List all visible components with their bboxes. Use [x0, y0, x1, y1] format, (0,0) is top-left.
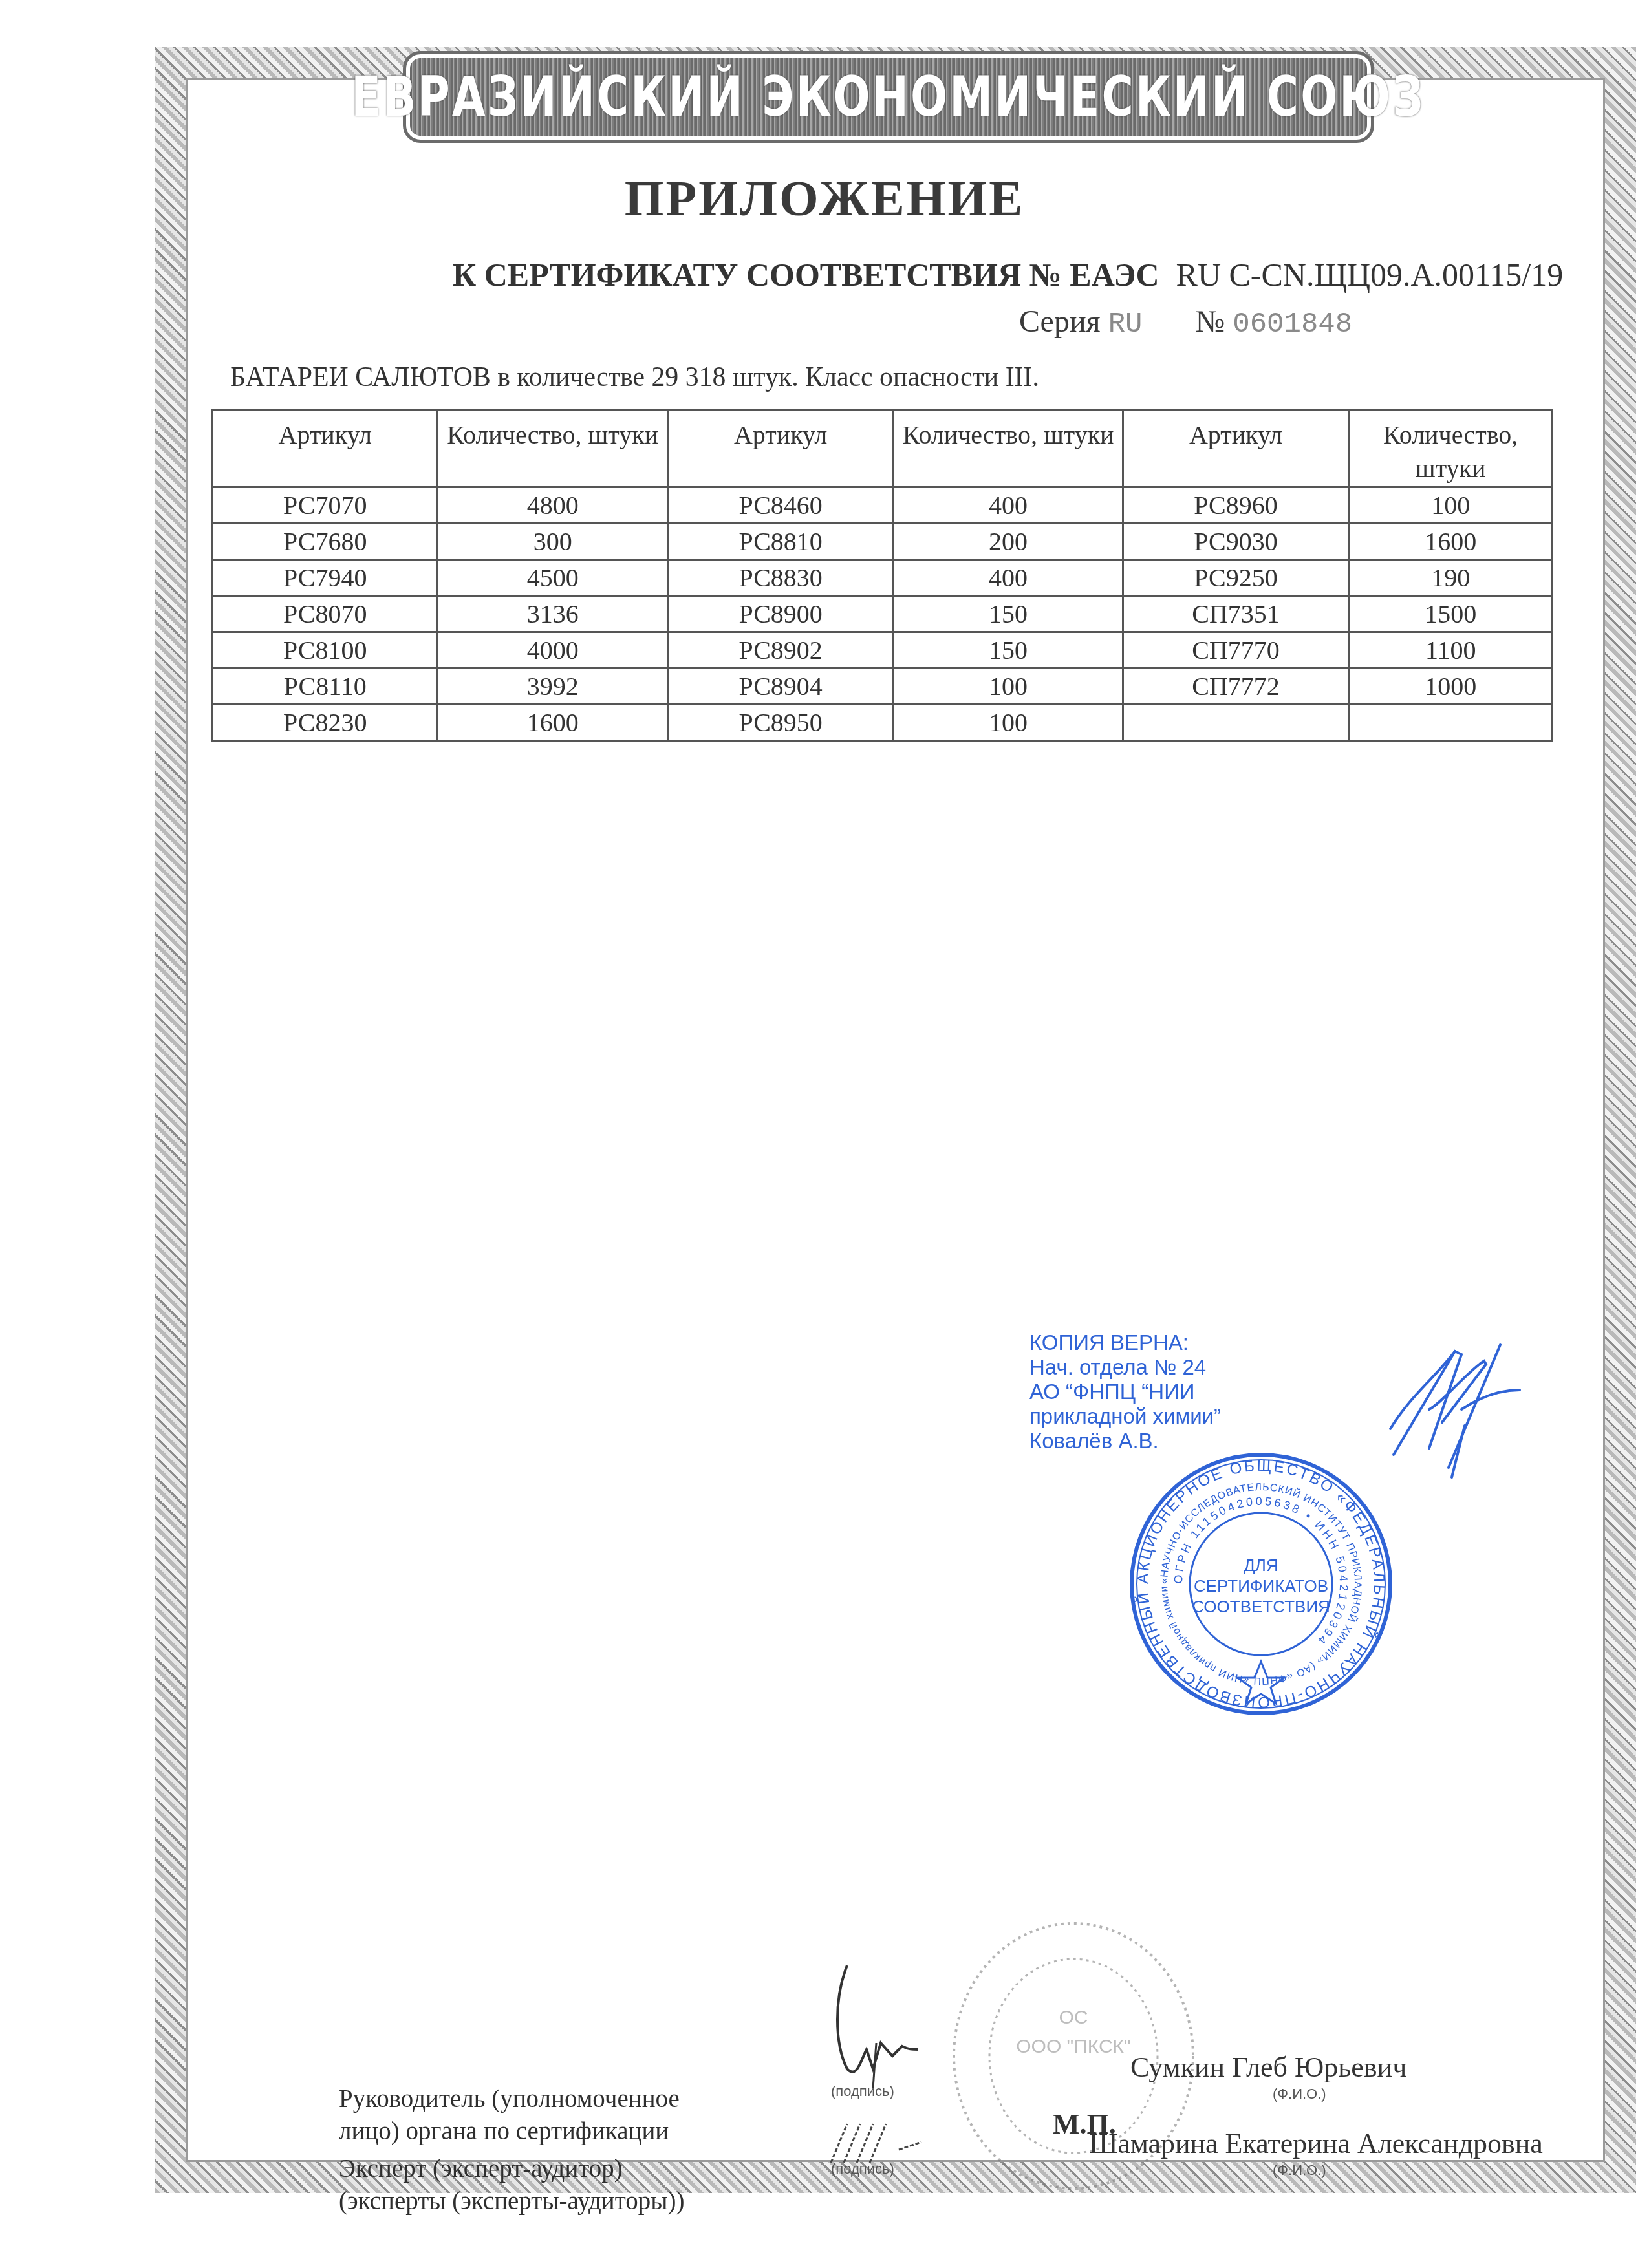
article-cell: РС7940: [213, 560, 438, 596]
article-cell: РС9030: [1123, 524, 1348, 560]
head-label-line1: Руководитель (уполномоченное: [339, 2083, 680, 2115]
article-cell: РС8810: [667, 524, 893, 560]
column-header: Количество, штуки: [1349, 410, 1553, 487]
svg-text:СООТВЕТСТВИЯ: СООТВЕТСТВИЯ: [1192, 1597, 1330, 1616]
article-cell: РС8830: [667, 560, 893, 596]
expert-label-line1: Эксперт (эксперт-аудитор): [339, 2153, 684, 2185]
quantity-cell: 400: [894, 487, 1123, 524]
article-cell: РС8904: [667, 669, 893, 705]
article-cell: РС8230: [213, 705, 438, 741]
quantity-cell: 4500: [438, 560, 668, 596]
column-header: Артикул: [667, 410, 893, 487]
quantity-cell: 1000: [1349, 669, 1553, 705]
table-row: РС79404500РС8830400РС9250190: [213, 560, 1553, 596]
column-header: Количество, штуки: [438, 410, 668, 487]
head-of-certification-label: Руководитель (уполномоченное лицо) орган…: [339, 2083, 680, 2148]
certificate-reference: К СЕРТИФИКАТУ СООТВЕТСТВИЯ № ЕАЭСRU C-CN…: [453, 256, 1563, 294]
quantity-cell: 100: [894, 705, 1123, 741]
article-cell: СП7351: [1123, 596, 1348, 632]
quantity-cell: 4800: [438, 487, 668, 524]
table-header-row: АртикулКоличество, штукиАртикулКоличеств…: [213, 410, 1553, 487]
article-cell: РС8100: [213, 632, 438, 669]
signature-caption-expert: (подпись): [831, 2161, 894, 2177]
table-row: РС82301600РС8950100: [213, 705, 1553, 741]
column-header: Артикул: [213, 410, 438, 487]
quantity-cell: [1349, 705, 1553, 741]
signature-caption-head: (подпись): [831, 2083, 894, 2100]
article-cell: РС8902: [667, 632, 893, 669]
head-label-line2: лицо) органа по сертификации: [339, 2115, 680, 2148]
quantity-cell: 1100: [1349, 632, 1553, 669]
column-header: Артикул: [1123, 410, 1348, 487]
expert-name: Шамарина Екатерина Александровна: [1089, 2127, 1543, 2160]
certificate-number: RU C-CN.ЩЦ09.А.00115/19: [1176, 257, 1564, 293]
union-banner-text: ЕВРАЗИЙСКИЙ ЭКОНОМИЧЕСКИЙ СОЮЗ: [352, 65, 1426, 129]
form-number: 0601848: [1233, 308, 1352, 341]
article-cell: СП7770: [1123, 632, 1348, 669]
quantity-cell: 3136: [438, 596, 668, 632]
table-body: РС70704800РС8460400РС8960100РС7680300РС8…: [213, 487, 1553, 741]
product-description: БАТАРЕИ САЛЮТОВ в количестве 29 318 штук…: [230, 359, 1039, 393]
article-cell: РС7070: [213, 487, 438, 524]
quantity-cell: 100: [894, 669, 1123, 705]
fio-caption-head: (Ф.И.О.): [1273, 2086, 1326, 2102]
copy-note-line: АО “ФНПЦ “НИИ: [1029, 1380, 1221, 1404]
head-signature-icon: [821, 1959, 951, 2088]
organization-stamp-icon: АКЦИОНЕРНОЕ ОБЩЕСТВО «ФЕДЕРАЛЬНЫЙ НАУЧНО…: [1125, 1448, 1397, 1720]
table-row: РС81004000РС8902150СП77701100: [213, 632, 1553, 669]
copy-note-line: Нач. отдела № 24: [1029, 1355, 1221, 1380]
expert-label: Эксперт (эксперт-аудитор) (эксперты (экс…: [339, 2153, 684, 2218]
quantity-cell: 200: [894, 524, 1123, 560]
certificate-prefix: К СЕРТИФИКАТУ СООТВЕТСТВИЯ № ЕАЭС: [453, 257, 1159, 293]
svg-text:ООО "ПКСК": ООО "ПКСК": [1016, 2036, 1130, 2057]
table-row: РС70704800РС8460400РС8960100: [213, 487, 1553, 524]
quantity-cell: 190: [1349, 560, 1553, 596]
expert-label-line2: (эксперты (эксперты-аудиторы)): [339, 2185, 684, 2218]
article-cell: РС8950: [667, 705, 893, 741]
quantity-cell: 100: [1349, 487, 1553, 524]
article-cell: РС8900: [667, 596, 893, 632]
svg-text:ДЛЯ: ДЛЯ: [1244, 1556, 1278, 1575]
union-banner: ЕВРАЗИЙСКИЙ ЭКОНОМИЧЕСКИЙ СОЮЗ: [406, 54, 1371, 140]
quantity-cell: 1600: [438, 705, 668, 741]
article-cell: РС8110: [213, 669, 438, 705]
quantity-cell: 150: [894, 632, 1123, 669]
article-cell: РС8960: [1123, 487, 1348, 524]
copy-note-line: прикладной химии”: [1029, 1404, 1221, 1429]
form-number-label: №: [1195, 305, 1225, 339]
copy-note-line: КОПИЯ ВЕРНА:: [1029, 1331, 1221, 1355]
page-title: ПРИЛОЖЕНИЕ: [0, 169, 1649, 228]
article-cell: [1123, 705, 1348, 741]
fio-caption-expert: (Ф.И.О.): [1273, 2162, 1326, 2179]
article-cell: СП7772: [1123, 669, 1348, 705]
svg-text:ОС: ОС: [1059, 2007, 1088, 2028]
series-value: RU: [1108, 308, 1143, 341]
table-row: РС81103992РС8904100СП77721000: [213, 669, 1553, 705]
article-cell: РС8460: [667, 487, 893, 524]
table-row: РС80703136РС8900150СП73511500: [213, 596, 1553, 632]
column-header: Количество, штуки: [894, 410, 1123, 487]
table-row: РС7680300РС8810200РС90301600: [213, 524, 1553, 560]
quantity-cell: 1500: [1349, 596, 1553, 632]
svg-text:СЕРТИФИКАТОВ: СЕРТИФИКАТОВ: [1194, 1576, 1328, 1596]
article-cell: РС9250: [1123, 560, 1348, 596]
quantity-cell: 300: [438, 524, 668, 560]
article-cell: РС7680: [213, 524, 438, 560]
head-name: Сумкин Глеб Юрьевич: [1130, 2051, 1406, 2084]
quantity-cell: 1600: [1349, 524, 1553, 560]
form-series: Серия RU № 0601848: [1019, 304, 1352, 341]
article-cell: РС8070: [213, 596, 438, 632]
articles-table: АртикулКоличество, штукиАртикулКоличеств…: [211, 409, 1553, 742]
copy-certification-note: КОПИЯ ВЕРНА:Нач. отдела № 24АО “ФНПЦ “НИ…: [1029, 1331, 1221, 1453]
quantity-cell: 3992: [438, 669, 668, 705]
quantity-cell: 4000: [438, 632, 668, 669]
series-label: Серия: [1019, 305, 1101, 339]
quantity-cell: 150: [894, 596, 1123, 632]
quantity-cell: 400: [894, 560, 1123, 596]
